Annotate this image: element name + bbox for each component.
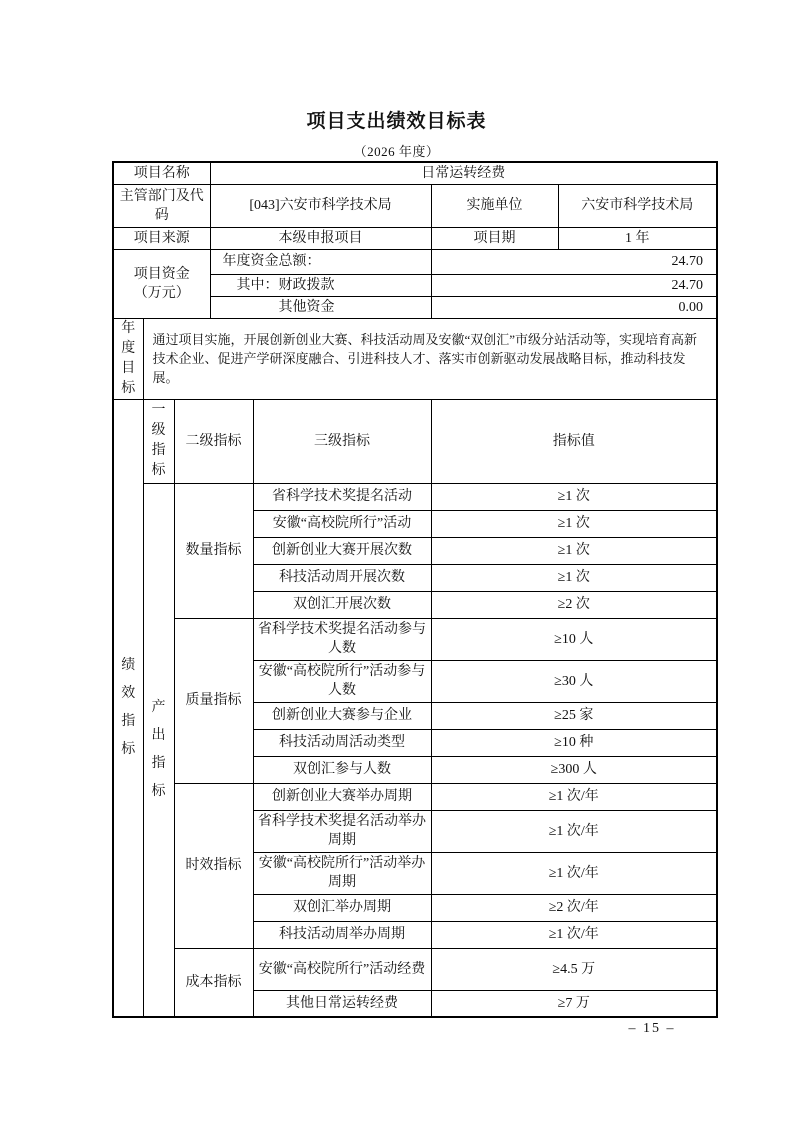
row-project-name: 项目名称 日常运转经费 [113,162,717,184]
dept-value: [043]六安市科学技术局 [210,184,431,227]
indicator-name: 省科学技术奖提名活动 [253,483,431,510]
indicator-value: ≥25 家 [431,702,717,729]
funds-label: 项目资金 （万元） [113,249,210,318]
row-source: 项目来源 本级申报项目 项目期 1 年 [113,227,717,249]
annual-goal-text: 通过项目实施，开展创新创业大赛、科技活动周及安徽“双创汇”市级分站活动等，实现培… [143,318,717,399]
indicator-value: ≥1 次 [431,483,717,510]
table-row: 产出指标 数量指标 省科学技术奖提名活动 ≥1 次 [113,483,717,510]
period-value: 1 年 [558,227,717,249]
indicator-value: ≥7 万 [431,990,717,1017]
indicator-name: 安徽“高校院所行”活动参与人数 [253,660,431,702]
performance-target-table: 项目名称 日常运转经费 主管部门及代码 [043]六安市科学技术局 实施单位 六… [112,161,718,1018]
table-row: 质量指标 省科学技术奖提名活动参与人数 ≥10 人 [113,618,717,660]
section-cost-label: 成本指标 [174,948,253,1017]
source-value: 本级申报项目 [210,227,431,249]
table-row: 成本指标 安徽“高校院所行”活动经费 ≥4.5 万 [113,948,717,990]
indicator-name: 安徽“高校院所行”活动经费 [253,948,431,990]
indicator-name: 双创汇开展次数 [253,591,431,618]
page-number: – 15 – [610,1021,694,1037]
indicator-value: ≥1 次/年 [431,921,717,948]
funds-other-value: 0.00 [431,296,717,318]
indicator-value: ≥10 人 [431,618,717,660]
indicator-name: 省科学技术奖提名活动参与人数 [253,618,431,660]
indicator-value: ≥10 种 [431,729,717,756]
indicator-name: 科技活动周举办周期 [253,921,431,948]
indicator-name: 创新创业大赛举办周期 [253,783,431,810]
indicator-name: 其他日常运转经费 [253,990,431,1017]
row-department: 主管部门及代码 [043]六安市科学技术局 实施单位 六安市科学技术局 [113,184,717,227]
perf-group-label: 绩效指标 [113,399,143,1017]
indicator-value: ≥4.5 万 [431,948,717,990]
indicator-value: ≥1 次 [431,510,717,537]
level1-output-label: 产出指标 [143,483,174,1017]
project-name-value: 日常运转经费 [210,162,717,184]
source-label: 项目来源 [113,227,210,249]
indicator-name: 创新创业大赛参与企业 [253,702,431,729]
header-value: 指标值 [431,399,717,483]
annual-goal-label: 年度目标 [113,318,143,399]
row-funds-total: 项目资金 （万元） 年度资金总额： 24.70 [113,249,717,274]
funds-label-line2: （万元） [118,284,206,303]
indicator-value: ≥300 人 [431,756,717,783]
indicator-name: 双创汇参与人数 [253,756,431,783]
period-label: 项目期 [431,227,558,249]
indicator-value: ≥2 次 [431,591,717,618]
header-level1: 一级指标 [143,399,174,483]
row-indicator-header: 绩效指标 一级指标 二级指标 三级指标 指标值 [113,399,717,483]
impl-unit-label: 实施单位 [431,184,558,227]
header-level3: 三级指标 [253,399,431,483]
project-name-label: 项目名称 [113,162,210,184]
funds-label-line1: 项目资金 [118,265,206,284]
funds-other-label: 其他资金 [210,296,431,318]
indicator-value: ≥1 次 [431,537,717,564]
funds-fiscal-value: 24.70 [431,274,717,296]
indicator-name: 创新创业大赛开展次数 [253,537,431,564]
indicator-name: 安徽“高校院所行”活动举办周期 [253,852,431,894]
row-annual-goal: 年度目标 通过项目实施，开展创新创业大赛、科技活动周及安徽“双创汇”市级分站活动… [113,318,717,399]
impl-unit-value: 六安市科学技术局 [558,184,717,227]
table-row: 时效指标 创新创业大赛举办周期 ≥1 次/年 [113,783,717,810]
document-page: 项目支出绩效目标表 （2026 年度） 项目名称 日常运转经费 主管部门及代码 … [0,0,793,1122]
funds-total-value: 24.70 [431,249,717,274]
page-title: 项目支出绩效目标表 [0,106,793,133]
dept-label: 主管部门及代码 [113,184,210,227]
page-subtitle: （2026 年度） [0,141,793,160]
indicator-name: 省科学技术奖提名活动举办周期 [253,810,431,852]
indicator-name: 科技活动周开展次数 [253,564,431,591]
indicator-name: 安徽“高校院所行”活动 [253,510,431,537]
indicator-value: ≥1 次 [431,564,717,591]
indicator-name: 双创汇举办周期 [253,894,431,921]
indicator-value: ≥1 次/年 [431,810,717,852]
funds-total-label: 年度资金总额： [210,249,431,274]
section-quantity-label: 数量指标 [174,483,253,618]
indicator-value: ≥1 次/年 [431,783,717,810]
section-timeliness-label: 时效指标 [174,783,253,948]
indicator-value: ≥2 次/年 [431,894,717,921]
indicator-value: ≥30 人 [431,660,717,702]
section-quality-label: 质量指标 [174,618,253,783]
header-level2: 二级指标 [174,399,253,483]
funds-fiscal-label: 其中：财政拨款 [210,274,431,296]
indicator-name: 科技活动周活动类型 [253,729,431,756]
indicator-value: ≥1 次/年 [431,852,717,894]
